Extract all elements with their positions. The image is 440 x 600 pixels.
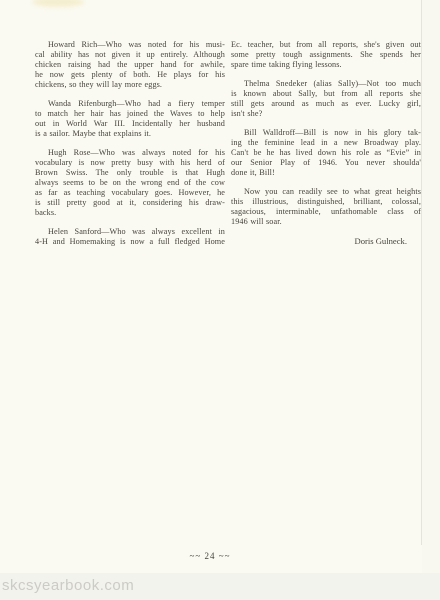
text-line: Hugh Rose—Who was always noted for his <box>35 148 225 158</box>
author-signature: Doris Gulneck. <box>231 236 421 246</box>
text-line: Wanda Rifenburgh—Who had a fiery temper <box>35 99 225 109</box>
text-line: Bill Walldroff—Bill is now in his glory … <box>231 128 421 138</box>
page-number: ~~ 24 ~~ <box>0 551 420 561</box>
text-line: spare time taking flying lessons. <box>231 60 421 70</box>
page-right-edge <box>421 0 422 545</box>
right-column: Ec. teacher, but from all reports, she's… <box>231 40 421 256</box>
paragraph-wanda-rifenburgh: Wanda Rifenburgh—Who had a fiery temper … <box>35 99 225 139</box>
watermark-text: skcsyearbook.com <box>2 576 134 596</box>
text-line: cal ability has not given it up entirely… <box>35 50 225 60</box>
text-line: Can't be he has lived down his role as “… <box>231 148 421 158</box>
text-line: Thelma Snedeker (alias Sally)—Not too mu… <box>231 79 421 89</box>
text-line: still gets around as much as ever. Lucky… <box>231 99 421 109</box>
text-line: is known about Sally, but from all repor… <box>231 89 421 99</box>
text-line: chicken raising had the upper hand for a… <box>35 60 225 70</box>
text-line: our Senior Play of 1946. You never shoul… <box>231 158 421 168</box>
text-line: some pretty tough assignments. She spend… <box>231 50 421 60</box>
text-line: isn't she? <box>231 109 421 119</box>
text-line: is still pretty good at it, considering … <box>35 198 225 208</box>
text-line: Helen Sanford—Who was always excellent i… <box>35 227 225 237</box>
text-line: this illustrious, distinguished, brillia… <box>231 197 421 207</box>
left-column: Howard Rich—Who was noted for his musi- … <box>35 40 225 256</box>
text-line: sagacious, interminable, unfathomable cl… <box>231 207 421 217</box>
text-line: he now gets plenty of both. He plays for… <box>35 70 225 80</box>
text-line: to match her hair has joined the Waves t… <box>35 109 225 119</box>
two-column-text-block: Howard Rich—Who was noted for his musi- … <box>35 40 421 256</box>
text-line: done it, Bill! <box>231 168 421 178</box>
text-line: 4-H and Homemaking is now a full fledged… <box>35 237 225 247</box>
paragraph-bill-walldroff: Bill Walldroff—Bill is now in his glory … <box>231 128 421 178</box>
text-line: 1946 will soar. <box>231 217 421 227</box>
text-line: backs. <box>35 208 225 218</box>
yearbook-page-scan: Howard Rich—Who was noted for his musi- … <box>0 0 440 600</box>
paragraph-thelma-snedeker: Thelma Snedeker (alias Sally)—Not too mu… <box>231 79 421 119</box>
paragraph-closing: Now you can readily see to what great he… <box>231 187 421 227</box>
text-line: Ec. teacher, but from all reports, she's… <box>231 40 421 50</box>
scan-top-smudge <box>32 0 84 7</box>
paragraph-helen-sanford-continued: Ec. teacher, but from all reports, she's… <box>231 40 421 70</box>
text-line: always seems to be on the wrong end of t… <box>35 178 225 188</box>
paragraph-helen-sanford: Helen Sanford—Who was always excellent i… <box>35 227 225 247</box>
text-line: is a sailor. Maybe that explains it. <box>35 129 225 139</box>
scan-right-margin <box>422 0 440 600</box>
text-line: as far as teaching vocabulary goes. Howe… <box>35 188 225 198</box>
text-line: chickens, so they will lay more eggs. <box>35 80 225 90</box>
text-line: Brown Swiss. The only trouble is that Hu… <box>35 168 225 178</box>
paragraph-howard-rich: Howard Rich—Who was noted for his musi- … <box>35 40 225 90</box>
text-line: out in World War III. Incidentally her h… <box>35 119 225 129</box>
text-line: ing the feminine lead in a new Broadway … <box>231 138 421 148</box>
paragraph-hugh-rose: Hugh Rose—Who was always noted for his v… <box>35 148 225 218</box>
text-line: vocabulary is now pretty busy with his h… <box>35 158 225 168</box>
text-line: Howard Rich—Who was noted for his musi- <box>35 40 225 50</box>
text-line: Now you can readily see to what great he… <box>231 187 421 197</box>
